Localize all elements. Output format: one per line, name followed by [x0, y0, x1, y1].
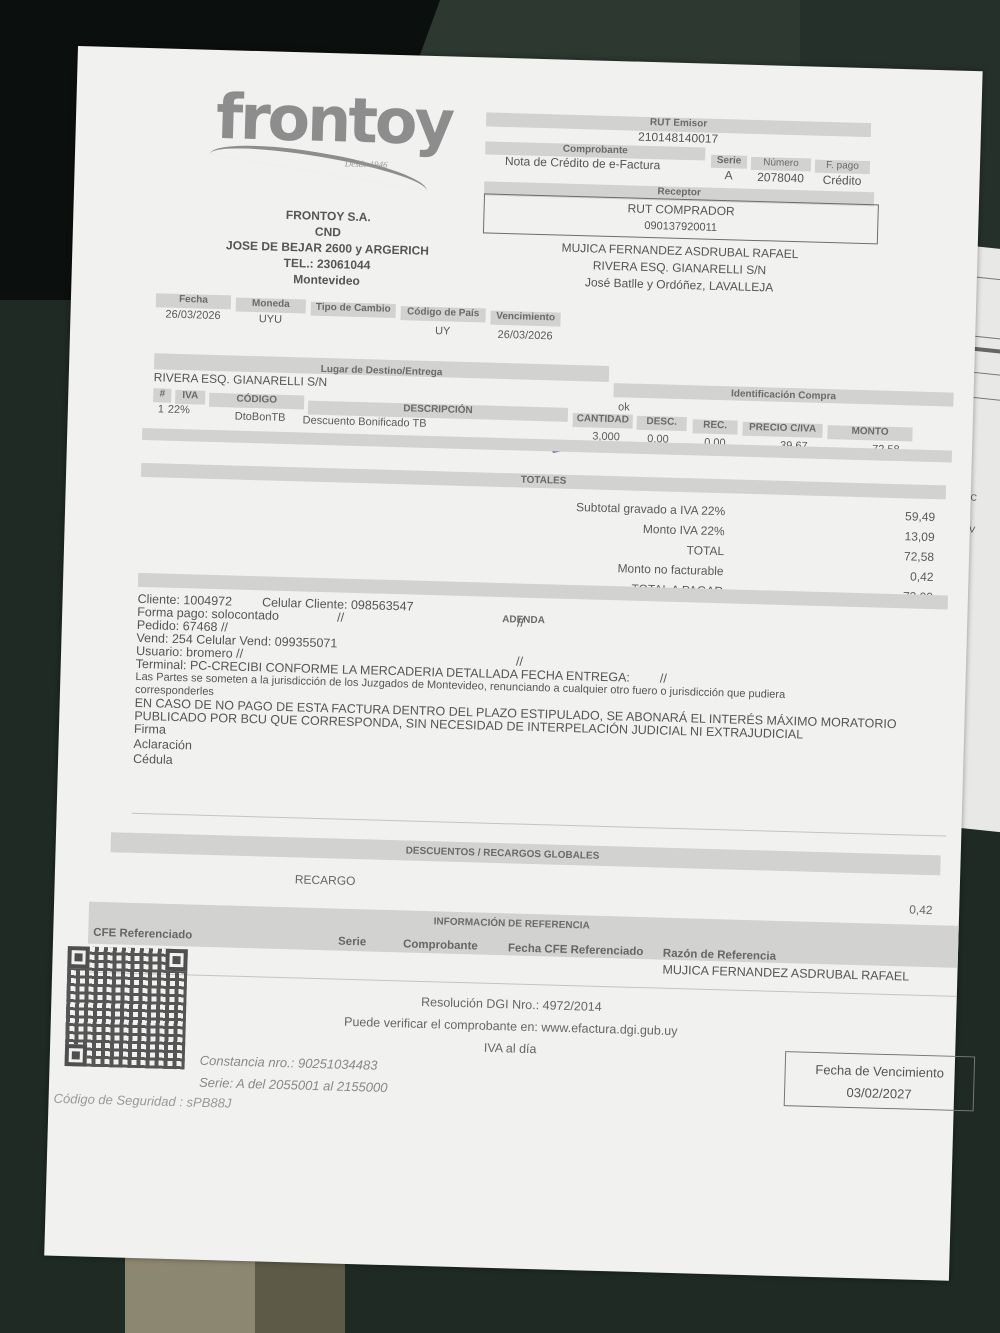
- comprobante-type: Nota de Crédito de e-Factura: [505, 154, 661, 172]
- numero-value: 2078040: [750, 170, 810, 186]
- invoice-document: frontoy Desde 1946 FRONTOY S.A. CND JOSE…: [44, 46, 982, 1281]
- moneda-value: UYU: [235, 313, 305, 327]
- fecha-value: 26/03/2026: [155, 308, 230, 322]
- serie-label: Serie: [711, 155, 747, 169]
- tipo-cambio-label: Tipo de Cambio: [311, 302, 396, 318]
- qr-finder: [165, 949, 188, 972]
- cell-num: 1: [158, 403, 164, 415]
- referencia-razon: MUJICA FERNANDEZ ASDRUBAL RAFAEL: [662, 963, 909, 984]
- col-monto: MONTO: [827, 425, 912, 441]
- identificacion-compra-label: Identificación Compra: [613, 383, 953, 406]
- issuer-block: FRONTOY S.A. CND JOSE DE BEJAR 2600 y AR…: [181, 204, 473, 292]
- vencimiento-label: Vencimiento: [490, 311, 560, 327]
- col-codigo: CÓDIGO: [209, 393, 304, 410]
- qr-finder: [67, 946, 90, 969]
- cell-iva: 22%: [168, 404, 190, 417]
- fecha-vencimiento-box: Fecha de Vencimiento 03/02/2027: [784, 1051, 975, 1111]
- qr-code: [65, 946, 188, 1069]
- adenda-content: Cliente: 1004972 Celular Cliente: 098563…: [133, 593, 958, 789]
- codigo-pais-label: Código de País: [400, 306, 485, 322]
- qr-finder: [65, 1044, 88, 1067]
- codigo-pais-value: UY: [400, 324, 485, 338]
- col-iva: IVA: [175, 390, 205, 405]
- cell-codigo: DtoBonTB: [235, 411, 286, 424]
- referencia-bar: [88, 902, 959, 968]
- globales-type: RECARGO: [295, 872, 356, 888]
- divider: [132, 813, 947, 837]
- col-cantidad: CANTIDAD: [573, 413, 633, 429]
- cell-descripcion: Descuento Bonificado TB: [302, 414, 426, 429]
- constancia-block: Constancia nro.: 90251034483 Serie: A de…: [199, 1050, 389, 1099]
- col-rec: REC.: [692, 419, 737, 434]
- fpago-value: Crédito: [814, 173, 869, 189]
- globales-value: 0,42: [909, 903, 933, 918]
- logo-tagline: Desde 1946: [345, 158, 388, 169]
- ref-col-comprobante: Comprobante: [403, 938, 478, 952]
- ref-col-razon: Razón de Referencia: [663, 948, 776, 963]
- col-desc: DESC.: [637, 416, 687, 431]
- identificacion-compra-value: ok: [618, 401, 630, 413]
- fecha-label: Fecha: [156, 293, 231, 309]
- vencimiento-value: 26/03/2026: [490, 329, 560, 343]
- col-num: #: [153, 388, 171, 402]
- ref-col-serie: Serie: [338, 936, 366, 949]
- fecha-vencimiento-value: 03/02/2027: [785, 1080, 974, 1107]
- separator: //: [517, 616, 524, 629]
- totales-title: TOTALES: [141, 463, 946, 499]
- serie-value: A: [710, 168, 746, 183]
- separator: //: [660, 672, 667, 685]
- col-precio: PRECIO C/IVA: [742, 422, 822, 438]
- moneda-label: Moneda: [236, 298, 306, 314]
